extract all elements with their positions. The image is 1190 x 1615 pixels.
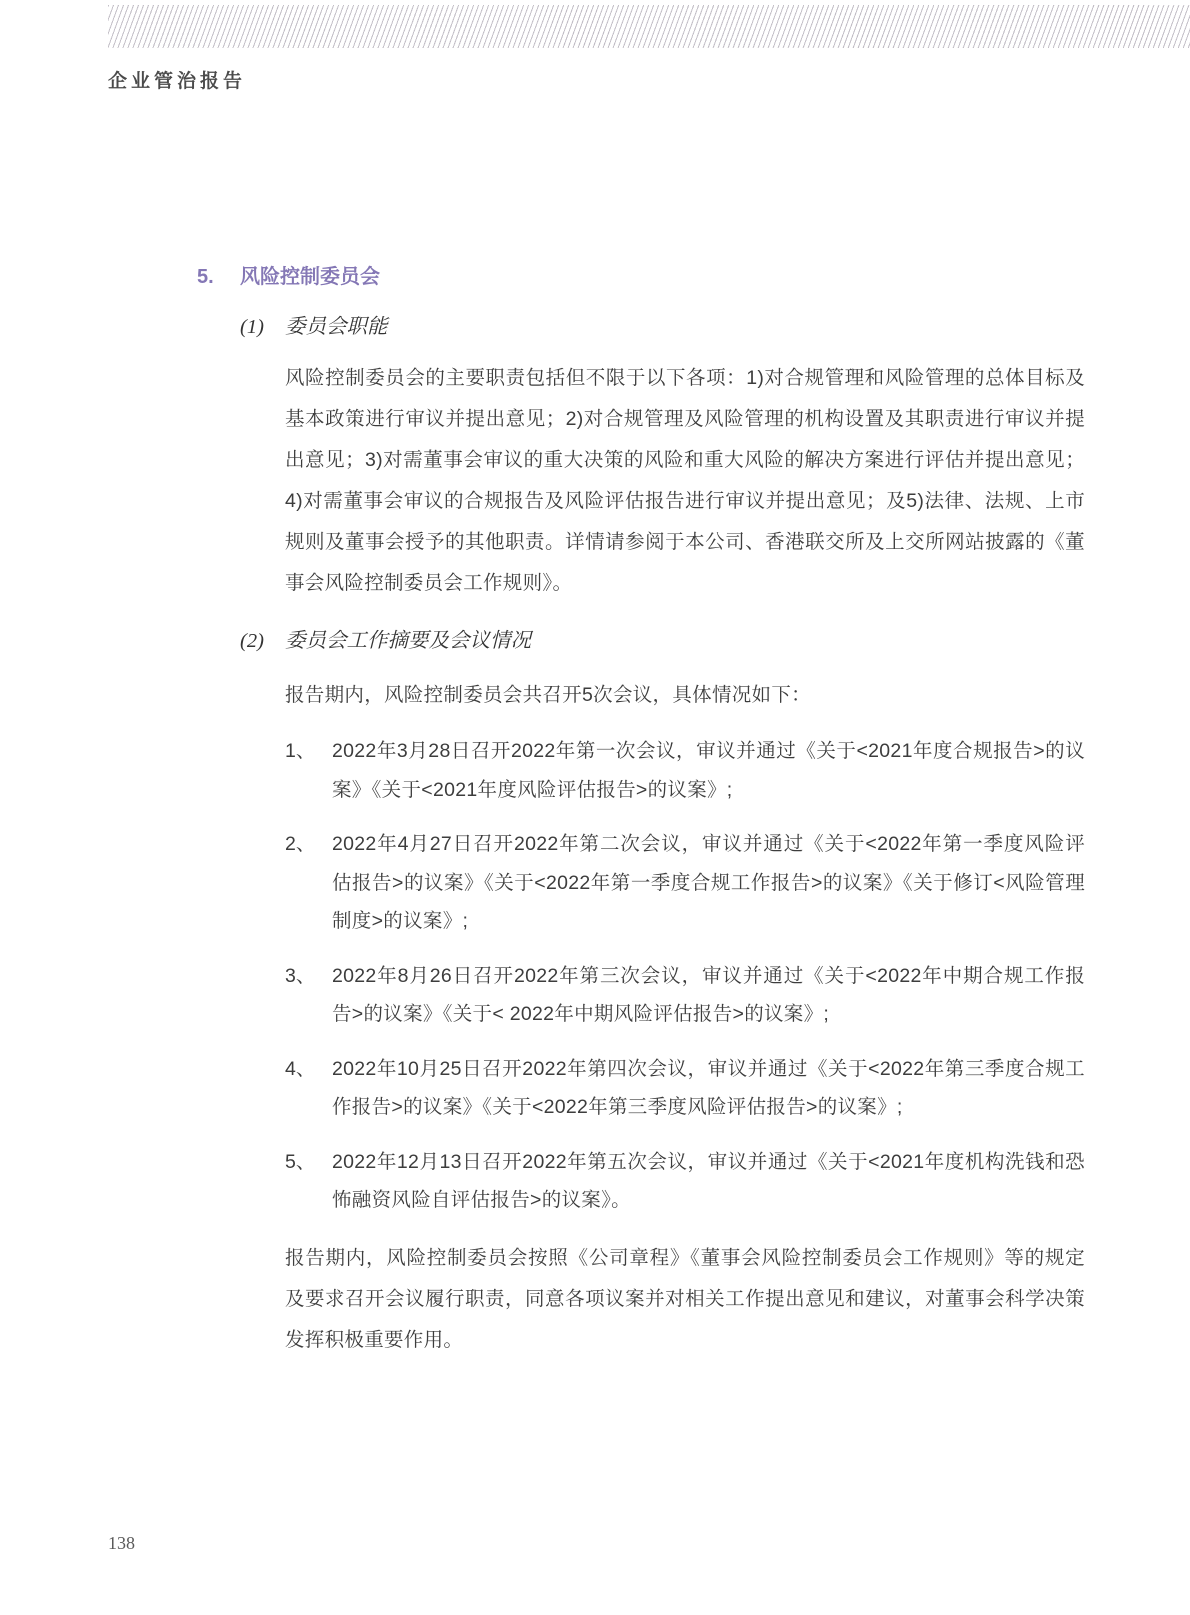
document-header-title: 企业管治报告 xyxy=(108,66,246,93)
hatch-pattern-band xyxy=(108,5,1190,48)
list-item: 2、 2022年4月27日召开2022年第二次会议，审议并通过《关于<2022年… xyxy=(285,825,1085,941)
list-item-number: 5、 xyxy=(285,1143,332,1220)
subsection-2-body: 报告期内，风险控制委员会共召开5次会议，具体情况如下： 1、 2022年3月28… xyxy=(285,675,1085,1361)
list-item: 3、 2022年8月26日召开2022年第三次会议，审议并通过《关于<2022年… xyxy=(285,957,1085,1034)
section-number: 5. xyxy=(197,264,240,290)
committee-functions-paragraph: 风险控制委员会的主要职责包括但不限于以下各项：1)对合规管理和风险管理的总体目标… xyxy=(285,358,1085,604)
document-page: 企业管治报告 5. 风险控制委员会 (1) 委员会职能 风险控制委员会的主要职责… xyxy=(0,0,1190,1615)
subsection-2-number: (2) xyxy=(240,628,285,655)
subsection-1-heading: (1) 委员会职能 xyxy=(240,314,1089,341)
subsection-1-title: 委员会职能 xyxy=(285,314,388,341)
list-item-text: 2022年12月13日召开2022年第五次会议，审议并通过《关于<2021年度机… xyxy=(332,1143,1085,1220)
list-item-number: 1、 xyxy=(285,732,332,809)
subsection-1-body: 风险控制委员会的主要职责包括但不限于以下各项：1)对合规管理和风险管理的总体目标… xyxy=(285,358,1085,604)
section-title: 风险控制委员会 xyxy=(240,264,380,290)
list-item-text: 2022年3月28日召开2022年第一次会议，审议并通过《关于<2021年度合规… xyxy=(332,732,1085,809)
list-item-text: 2022年4月27日召开2022年第二次会议，审议并通过《关于<2022年第一季… xyxy=(332,825,1085,941)
list-item-text: 2022年8月26日召开2022年第三次会议，审议并通过《关于<2022年中期合… xyxy=(332,957,1085,1034)
meeting-list: 1、 2022年3月28日召开2022年第一次会议，审议并通过《关于<2021年… xyxy=(285,732,1085,1220)
subsection-1-number: (1) xyxy=(240,314,285,341)
list-item-number: 4、 xyxy=(285,1050,332,1127)
subsection-2-title: 委员会工作摘要及会议情况 xyxy=(285,628,531,655)
subsection-2: (2) 委员会工作摘要及会议情况 报告期内，风险控制委员会共召开5次会议，具体情… xyxy=(240,628,1089,1361)
main-content: 5. 风险控制委员会 (1) 委员会职能 风险控制委员会的主要职责包括但不限于以… xyxy=(197,264,1089,1361)
list-item-number: 2、 xyxy=(285,825,332,941)
list-item: 4、 2022年10月25日召开2022年第四次会议，审议并通过《关于<2022… xyxy=(285,1050,1085,1127)
page-number: 138 xyxy=(108,1533,135,1554)
closing-paragraph: 报告期内，风险控制委员会按照《公司章程》《董事会风险控制委员会工作规则》等的规定… xyxy=(285,1238,1085,1361)
subsection-2-heading: (2) 委员会工作摘要及会议情况 xyxy=(240,628,1089,655)
list-item-text: 2022年10月25日召开2022年第四次会议，审议并通过《关于<2022年第三… xyxy=(332,1050,1085,1127)
list-item: 1、 2022年3月28日召开2022年第一次会议，审议并通过《关于<2021年… xyxy=(285,732,1085,809)
subsection-1: (1) 委员会职能 风险控制委员会的主要职责包括但不限于以下各项：1)对合规管理… xyxy=(240,314,1089,604)
list-item-number: 3、 xyxy=(285,957,332,1034)
section-heading: 5. 风险控制委员会 xyxy=(197,264,1089,290)
list-item: 5、 2022年12月13日召开2022年第五次会议，审议并通过《关于<2021… xyxy=(285,1143,1085,1220)
meetings-intro: 报告期内，风险控制委员会共召开5次会议，具体情况如下： xyxy=(285,675,1085,716)
